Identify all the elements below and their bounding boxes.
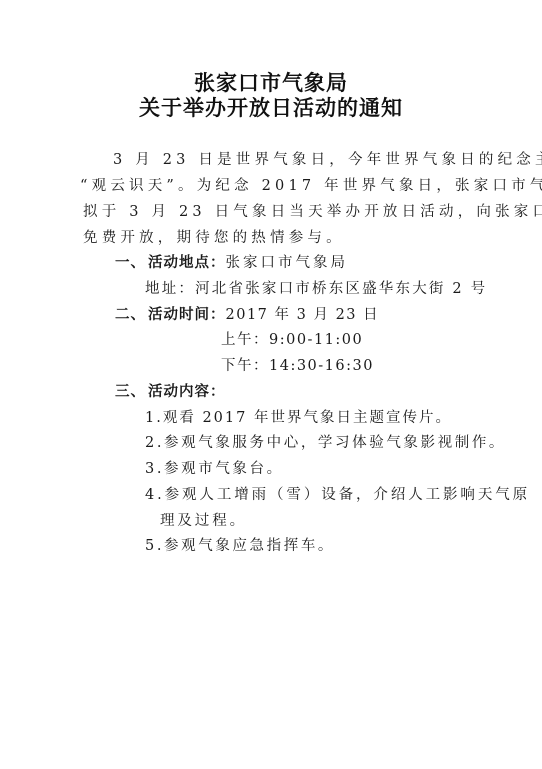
section-1-number: 一、 [115, 253, 148, 273]
section-1-heading: 一、活动地点：张家口市气象局 [115, 253, 348, 273]
section-1-label: 活动地点： [148, 254, 226, 271]
section-1-address: 地址：河北省张家口市桥东区盛华东大街 2 号 [145, 279, 487, 299]
section-2-heading: 二、活动时间：2017 年 3 月 23 日 [115, 305, 379, 325]
activity-item-2: 2.参观气象服务中心，学习体验气象影视制作。 [145, 433, 506, 453]
activity-item-4: 4.参观人工增雨（雪）设备，介绍人工影响天气原 [145, 485, 530, 505]
activity-item-1: 1.观看 2017 年世界气象日主题宣传片。 [145, 408, 452, 428]
section-3-number: 三、 [115, 382, 148, 402]
document-page: 张家口市气象局 关于举办开放日活动的通知 3 月 23 日是世界气象日，今年世界… [0, 0, 542, 769]
activity-item-5: 5.参观气象应急指挥车。 [145, 536, 335, 556]
intro-line-4: 免费开放，期待您的热情参与。 [83, 228, 345, 248]
intro-line-3: 拟于 3 月 23 日气象日当天举办开放日活动，向张家口市民 [83, 202, 542, 222]
section-2-value: 2017 年 3 月 23 日 [226, 307, 380, 323]
intro-line-2: “观云识天”。为纪念 2017 年世界气象日，张家口市气象局 [80, 176, 542, 196]
section-3-label: 活动内容： [148, 383, 226, 400]
activity-item-4-cont: 理及过程。 [160, 511, 247, 531]
section-1-value: 张家口市气象局 [226, 255, 349, 271]
intro-line-1: 3 月 23 日是世界气象日，今年世界气象日的纪念主题是 [113, 150, 542, 170]
section-2-afternoon: 下午：14:30-16:30 [221, 356, 374, 376]
section-2-label: 活动时间： [148, 306, 226, 323]
section-2-morning: 上午：9:00-11:00 [221, 330, 363, 350]
section-3-heading: 三、活动内容： [115, 382, 226, 402]
activity-item-3: 3.参观市气象台。 [145, 459, 284, 479]
section-2-number: 二、 [115, 305, 148, 325]
title-line-2: 关于举办开放日活动的通知 [0, 92, 542, 122]
